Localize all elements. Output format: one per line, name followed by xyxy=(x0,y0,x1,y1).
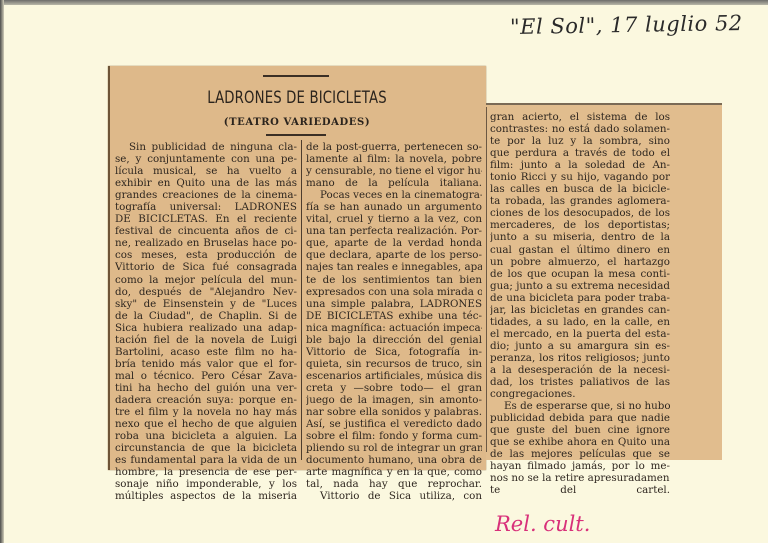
article-line: a la desesperación de la necesi- xyxy=(490,364,670,376)
article-line: DE BICICLETAS exhibe una téc- xyxy=(306,310,482,322)
article-line: festival de cincuenta años de ci- xyxy=(115,225,297,237)
article-line: film: junto a la soledad de An- xyxy=(490,159,670,171)
article-line: te por la luz y la sombra, sino xyxy=(490,135,670,147)
article-line: hombre, la presencia de ese per- xyxy=(115,466,297,478)
newspaper-clipping-main: LADRONES DE BICICLETAS (TEATRO VARIEDADE… xyxy=(108,66,486,470)
article-line: Así, se justifica el veredicto dado xyxy=(306,418,482,430)
article-line: dadera creación suya: porque en- xyxy=(115,394,297,406)
article-column-3: gran acierto, el sistema de loscontraste… xyxy=(490,111,670,497)
article-line: lícula musical, se ha vuelto a xyxy=(115,165,297,177)
article-line: tal, nada hay que reprochar. xyxy=(306,478,482,490)
article-line: jar, las bicicletas en grandes can- xyxy=(490,304,670,316)
article-line: sobre el film: fondo y forma cum- xyxy=(306,430,482,442)
article-line: dad, los tristes paliativos de las xyxy=(490,376,670,388)
subhead-bottom-rule xyxy=(266,134,326,136)
article-line: tación fiel de la novela de Luigi xyxy=(115,334,297,346)
article-line: ble bajo la dirección del genial xyxy=(306,334,482,346)
article-line: ciones de los desocupados, de los xyxy=(490,207,670,219)
column-divider-2 xyxy=(486,107,487,452)
article-line: tini ha hecho del guión una ver- xyxy=(115,382,297,394)
article-line: múltiples aspectos de la miseria xyxy=(115,490,297,502)
article-line: roba una bicicleta a alguien. La xyxy=(115,430,297,442)
article-line: grandes creaciones de la cinema- xyxy=(115,189,297,201)
article-line: una simple palabra, LADRONES xyxy=(306,298,482,310)
scan-top-border xyxy=(0,0,768,5)
article-line: de los que ocupan la mesa conti- xyxy=(490,268,670,280)
article-line: mercaderes, de los deportistas; xyxy=(490,219,670,231)
article-line: las calles en busca de la bicicle- xyxy=(490,183,670,195)
column-divider-1 xyxy=(301,140,302,460)
article-line: como la mejor película del mun- xyxy=(115,274,297,286)
article-line: ta robada, las grandes aglomera- xyxy=(490,195,670,207)
article-line: escenarios artificiales, música dis- xyxy=(306,370,482,382)
scan-left-border xyxy=(0,0,4,543)
article-line: de la Ciudad", de Chaplin. Si de xyxy=(115,310,297,322)
article-line: mano de la película italiana. xyxy=(306,177,482,189)
article-line: do, después de "Alejandro Nev- xyxy=(115,286,297,298)
article-line: Sica hubiera realizado una adap- xyxy=(115,322,297,334)
article-line: es fundamental para la vida de un xyxy=(115,454,297,466)
article-line: expresados con una sola mirada o xyxy=(306,286,482,298)
article-line: bría tenido más valor que el for- xyxy=(115,358,297,370)
article-line: mal o técnico. Pero César Zava- xyxy=(115,370,297,382)
article-line: circunstancia de que la bicicleta xyxy=(115,442,297,454)
newspaper-clipping-continuation: gran acierto, el sistema de loscontraste… xyxy=(486,103,722,460)
handwritten-category-note: Rel. cult. xyxy=(495,512,590,536)
article-subheadline: (TEATRO VARIEDADES) xyxy=(108,117,486,128)
article-line: cos meses, esta producción de xyxy=(115,249,297,261)
article-line: Bartolini, acaso este film no ha- xyxy=(115,346,297,358)
article-line: Vittorio de Sica fué consagrada xyxy=(115,261,297,273)
article-line: contrastes: no está dado solamen- xyxy=(490,123,670,135)
handwritten-source-date: "El Sol", 17 luglio 52 xyxy=(510,11,743,39)
article-line: tidades, a su lado, en la calle, en xyxy=(490,316,670,328)
article-line: dio; junto a su amargura sin es- xyxy=(490,340,670,352)
article-line: que se exhibe ahora en Quito una xyxy=(490,436,670,448)
article-line: el mercado, en la puerta del esta- xyxy=(490,328,670,340)
article-line: de las mejores películas que se xyxy=(490,448,670,460)
article-line: Vittorio de Sica, fotografía in- xyxy=(306,346,482,358)
clipping-top-edge xyxy=(486,103,722,105)
article-line: documento humano, una obra de xyxy=(306,454,482,466)
article-line: de la post-guerra, pertenecen so- xyxy=(306,141,482,153)
article-line: sonaje niño imponderable, y los xyxy=(115,478,297,490)
article-line: hayan filmado jamás, por lo me- xyxy=(490,460,670,472)
article-line: congregaciones. xyxy=(490,388,670,400)
article-line: arte magnífica y en la que, como xyxy=(306,466,482,478)
article-line: gua; junto a su extrema necesidad xyxy=(490,280,670,292)
article-line: sky" de Einsenstein y de "Luces xyxy=(115,298,297,310)
article-headline: LADRONES DE BICICLETAS xyxy=(150,88,445,108)
article-line: nos no se la retire apresuradamen- xyxy=(490,472,670,484)
article-line: nica magnífica: actuación impeca- xyxy=(306,322,482,334)
article-line: peranza, los ritos religiosos; junto xyxy=(490,352,670,364)
article-line: DE BICICLETAS. En el reciente xyxy=(115,213,297,225)
article-line: que declara, aparte de los perso- xyxy=(306,249,482,261)
article-line: najes tan reales e innegables, apar- xyxy=(306,261,482,273)
article-line: una tan perfecta realización. Por- xyxy=(306,225,482,237)
article-line: un pobre almuerzo, el hartazgo xyxy=(490,256,670,268)
article-line: junto a su miseria, dentro de la xyxy=(490,231,670,243)
article-line: Sin publicidad de ninguna cla- xyxy=(115,141,297,153)
article-line: lamente al film: la novela, pobre xyxy=(306,153,482,165)
article-line: Es de esperarse que, si no hubo xyxy=(490,400,670,412)
article-line: y censurable, no tiene el vigor hu- xyxy=(306,165,482,177)
article-line: se, y conjuntamente con una pe- xyxy=(115,153,297,165)
article-line: te del cartel. xyxy=(490,484,670,496)
article-line: Pocas veces en la cinematogra- xyxy=(306,189,482,201)
article-line: juego de la imagen, sin amonto- xyxy=(306,394,482,406)
article-column-2: de la post-guerra, pertenecen so-lamente… xyxy=(306,141,482,502)
article-line: creta y —sobre todo— el gran xyxy=(306,382,482,394)
article-line: gran acierto, el sistema de los xyxy=(490,111,670,123)
article-line: Vittorio de Sica utiliza, con xyxy=(306,490,482,502)
article-line: nexo que el hecho de que alguien xyxy=(115,418,297,430)
article-line: publicidad debida para que nadie xyxy=(490,412,670,424)
article-line: cual gastan el último dinero en xyxy=(490,244,670,256)
article-column-1: Sin publicidad de ninguna cla-se, y conj… xyxy=(115,141,297,502)
article-line: que guste del buen cine ignore xyxy=(490,424,670,436)
article-line: que, aparte de la verdad honda xyxy=(306,237,482,249)
article-line: que perdura a través de todo el xyxy=(490,147,670,159)
article-line: quieta, sin recursos de truco, sin xyxy=(306,358,482,370)
article-line: tre el film y la novela no hay más xyxy=(115,406,297,418)
article-line: fía se han aunado un argumento xyxy=(306,201,482,213)
article-line: te de los sentimientos tan bien xyxy=(306,274,482,286)
article-line: pliendo su rol de integrar un gran xyxy=(306,442,482,454)
article-line: ne, realizado en Bruselas hace po- xyxy=(115,237,297,249)
headline-top-rule xyxy=(263,75,329,77)
article-line: exhibir en Quito una de las más xyxy=(115,177,297,189)
article-line: tografía universal: LADRONES xyxy=(115,201,297,213)
article-line: vital, cruel y tierno a la vez, con xyxy=(306,213,482,225)
article-line: tonio Ricci y su hijo, vagando por xyxy=(490,171,670,183)
article-line: nar sobre ella sonidos y palabras. xyxy=(306,406,482,418)
article-line: de una bicicleta para poder traba- xyxy=(490,292,670,304)
